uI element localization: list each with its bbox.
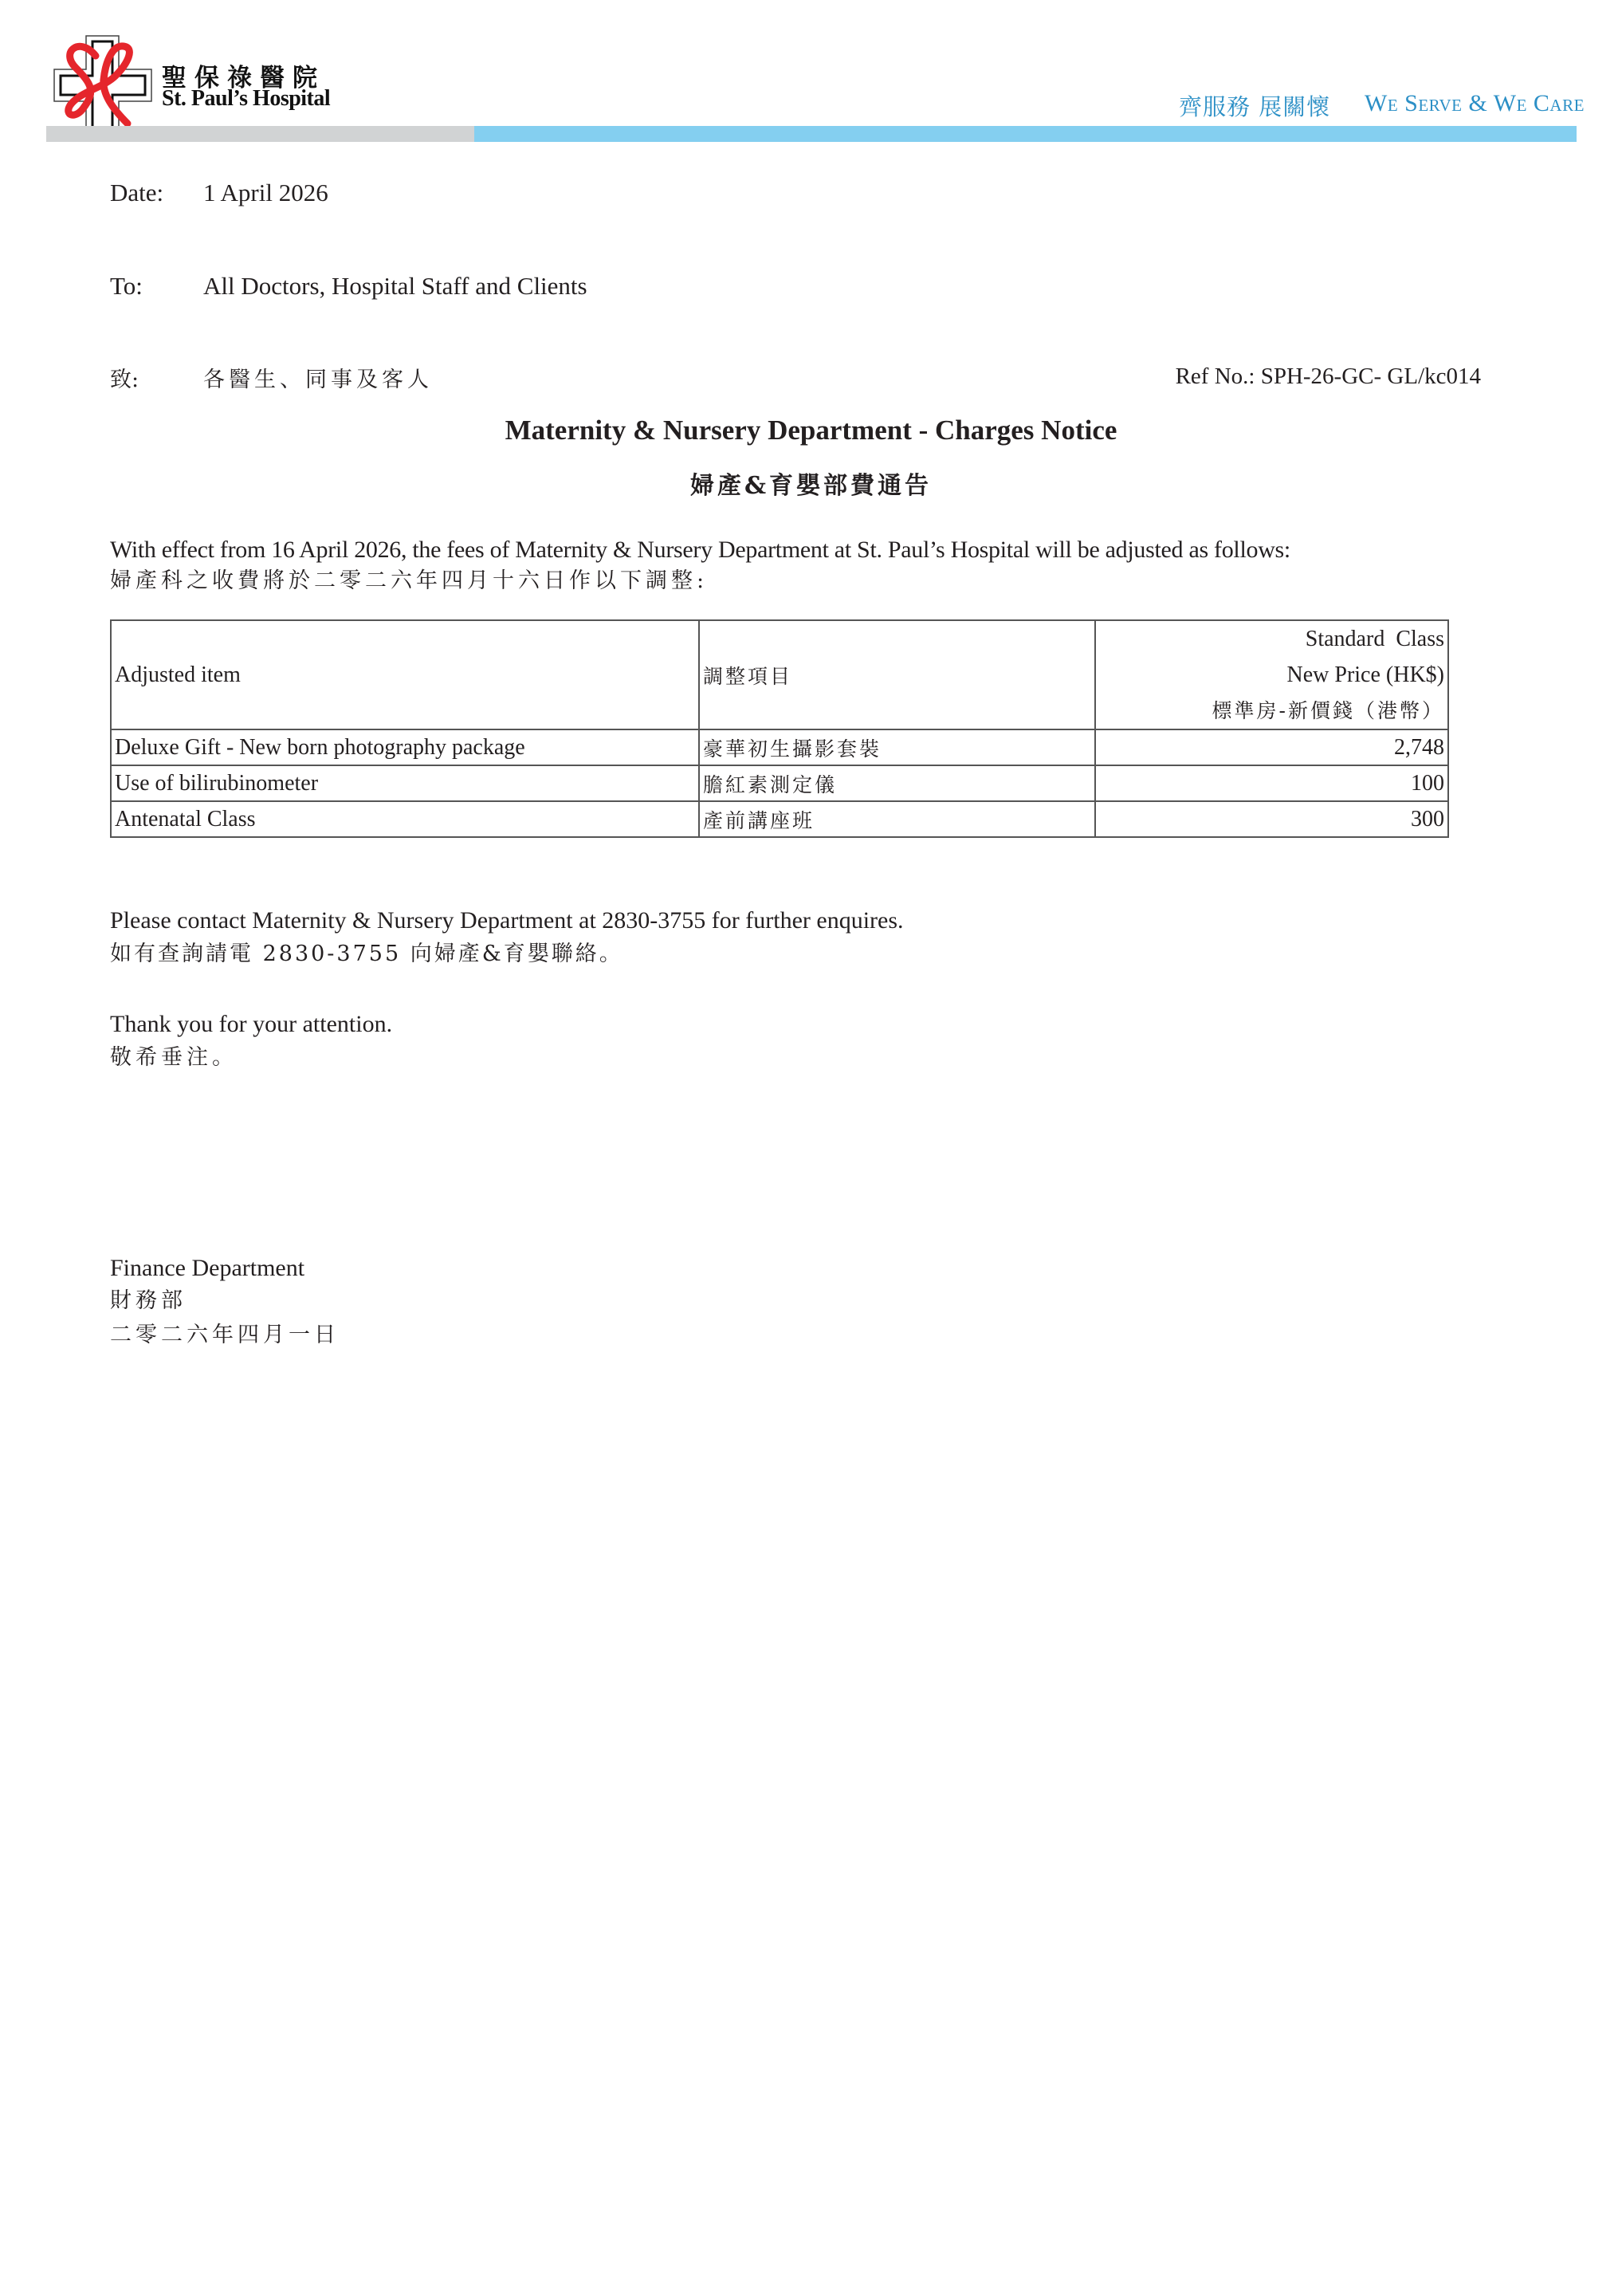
notice-title-en: Maternity & Nursery Department - Charges… [0,415,1622,446]
row-price: 100 [1095,765,1448,801]
date-label: Date: [110,180,163,205]
to-value-zh: 各醫生、同事及客人 [203,369,433,391]
header-item-en: Adjusted item [111,620,699,729]
header-price-line2: New Price (HK$) [1099,657,1444,693]
to-value: All Doctors, Hospital Staff and Clients [203,273,587,298]
row-item-zh: 產前講座班 [699,801,1095,837]
date-value: 1 April 2026 [203,180,328,205]
table-row: Antenatal Class 產前講座班 300 [111,801,1448,837]
header-price: Standard Class New Price (HK$) 標準房-新價錢（港… [1095,620,1448,729]
slogan-en: We Serve & We Care [1365,90,1585,117]
notice-title-zh: 婦產&育嬰部費通告 [0,466,1622,501]
row-item-zh: 豪華初生攝影套裝 [699,729,1095,765]
header-bar-blue [474,126,1577,142]
contact-text-en: Please contact Maternity & Nursery Depar… [110,909,904,933]
header-price-line3-zh: 標準房-新價錢（港幣） [1099,693,1444,729]
header-bar-gray [46,126,474,142]
row-item-en: Antenatal Class [111,801,699,837]
signature-date-zh: 二零二六年四月一日 [110,1324,340,1346]
closing-text-en: Thank you for your attention. [110,1012,392,1036]
contact-text-zh: 如有查詢請電 2830-3755 向婦產&育嬰聯絡。 [110,943,623,965]
row-price: 300 [1095,801,1448,837]
to-label: To: [110,273,143,298]
slogan-zh: 齊服務 展關懷 [1179,89,1330,122]
table-row: Use of bilirubinometer 膽紅素測定儀 100 [111,765,1448,801]
row-item-en: Deluxe Gift - New born photography packa… [111,729,699,765]
reference-number: Ref No.: SPH-26-GC- GL/kc014 [1176,365,1481,388]
signature-dept-zh: 財務部 [110,1290,187,1311]
closing-text-zh: 敬希垂注。 [110,1047,238,1068]
row-item-en: Use of bilirubinometer [111,765,699,801]
table-header-row: Adjusted item 調整項目 Standard Class New Pr… [111,620,1448,729]
row-item-zh: 膽紅素測定儀 [699,765,1095,801]
hospital-name-en: St. Paul’s Hospital [162,86,330,112]
header-item-zh: 調整項目 [699,620,1095,729]
hospital-logo-icon [48,32,159,140]
header-price-line1: Standard Class [1099,621,1444,657]
intro-text-zh: 婦產科之收費將於二零二六年四月十六日作以下調整: [110,570,708,592]
to-label-zh: 致: [110,369,139,391]
table-row: Deluxe Gift - New born photography packa… [111,729,1448,765]
row-price: 2,748 [1095,729,1448,765]
signature-dept-en: Finance Department [110,1256,304,1280]
intro-text-en: With effect from 16 April 2026, the fees… [110,538,1290,562]
fee-table: Adjusted item 調整項目 Standard Class New Pr… [110,619,1449,838]
